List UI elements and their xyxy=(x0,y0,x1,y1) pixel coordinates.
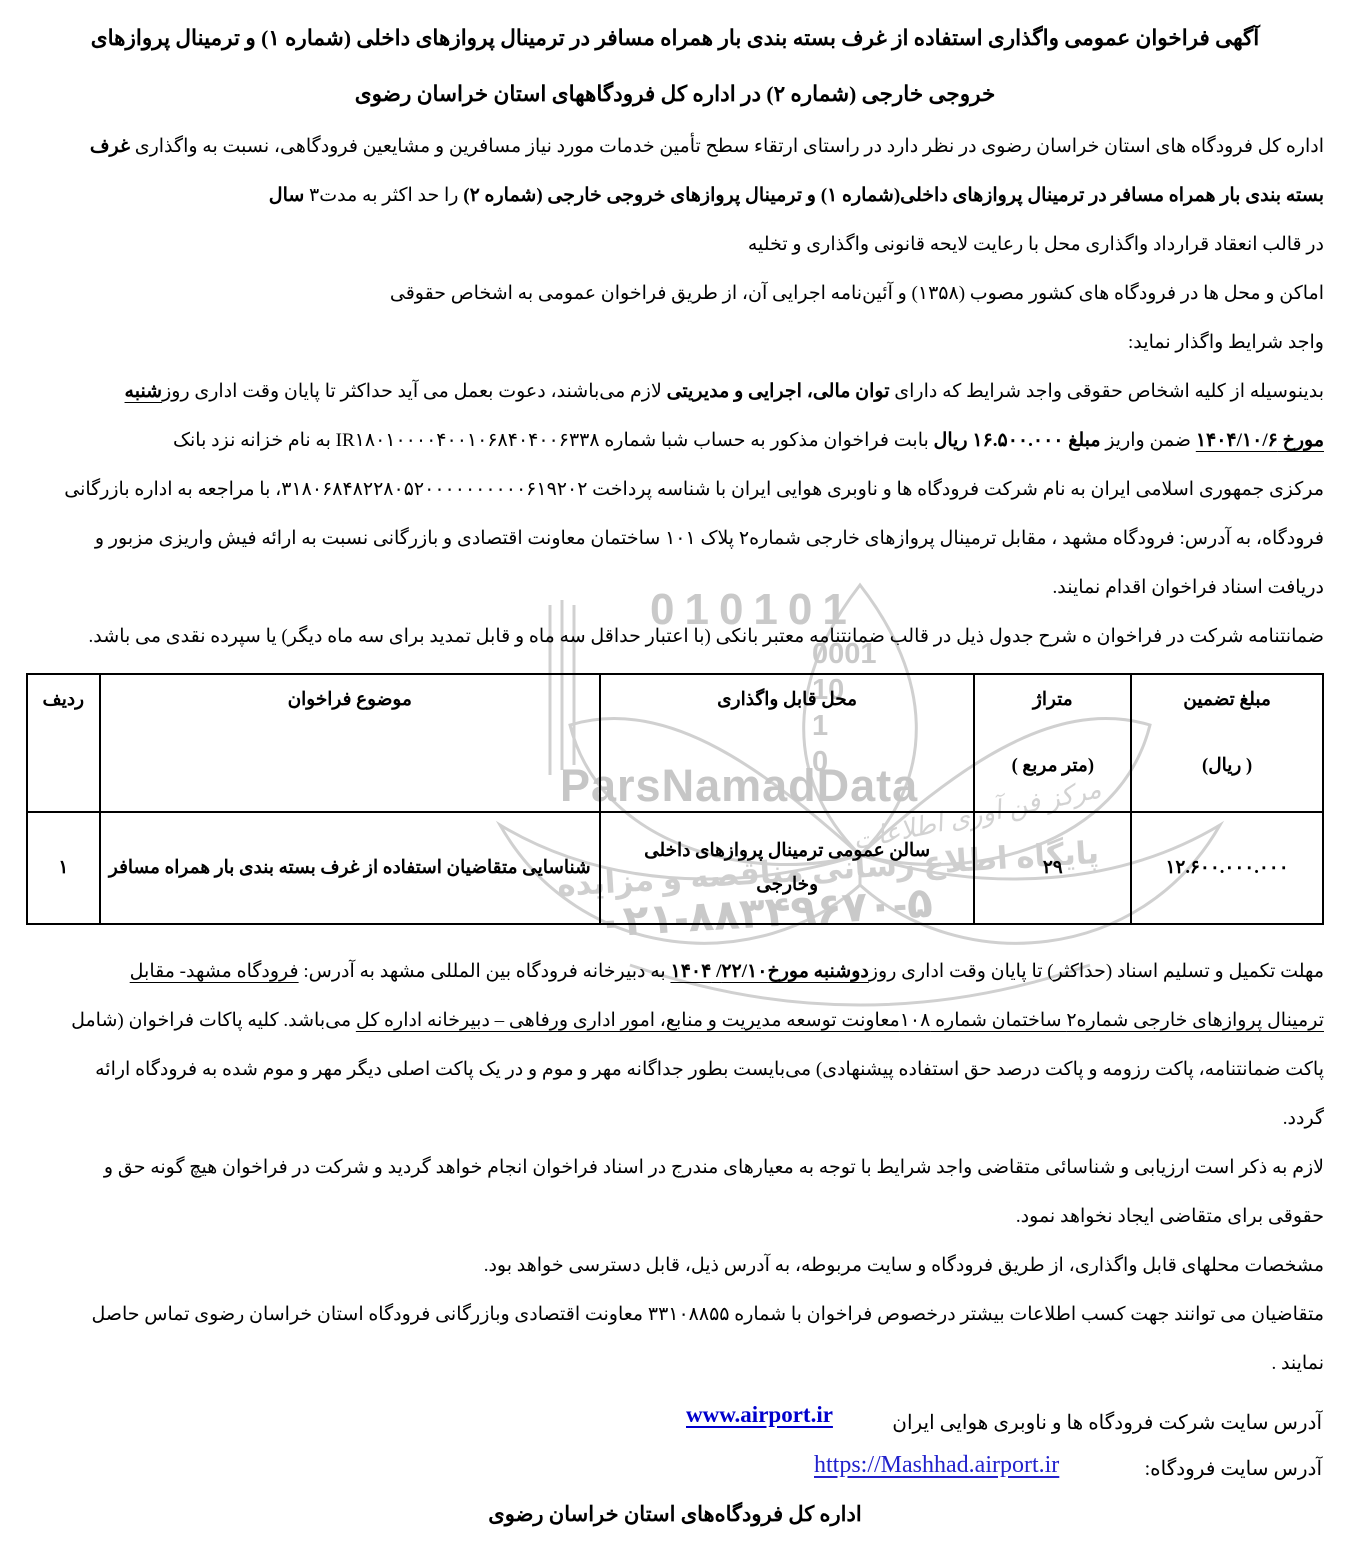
text-segment: گردد. xyxy=(1283,1108,1324,1129)
text-segment: مورخ ۱۴۰۴/۱۰/۶ xyxy=(1196,430,1324,451)
text-line: بسته بندی بار همراه مسافر در ترمینال پرو… xyxy=(26,171,1324,220)
text-segment: فرودگاه مشهد- مقابل xyxy=(130,961,299,982)
title-line-2: خروجی خارجی (شماره ۲) در اداره کل فرودگا… xyxy=(26,66,1324,122)
text-segment: بابت فراخوان مذکور به حساب شبا شماره IR۱… xyxy=(173,430,934,451)
text-segment: حقوقی برای متقاضی ایجاد نخواهد نمود. xyxy=(1016,1206,1324,1227)
text-segment: می‌باشد. کلیه پاکات فراخوان (شامل xyxy=(71,1010,356,1031)
text-line: حقوقی برای متقاضی ایجاد نخواهد نمود. xyxy=(26,1192,1324,1241)
header-area-line2: (متر مربع ) xyxy=(975,755,1130,777)
text-segment: ضمانتنامه شرکت در فراخوان ه شرح جدول ذیل… xyxy=(89,626,1324,647)
text-line: لازم به ذکر است ارزیابی و شناسائی متقاضی… xyxy=(26,1143,1324,1192)
header-area: متراژ (متر مربع ) xyxy=(974,674,1131,812)
footer-row-company-site: آدرس سایت شرکت فرودگاه ها و ناوبری هوایی… xyxy=(26,1398,1324,1444)
header-subject: موضوع فراخوان xyxy=(100,674,600,812)
text-segment: مشخصات محلهای قابل واگذاری، از طریق فرود… xyxy=(484,1255,1324,1276)
text-segment: پاکت ضمانتنامه، پاکت رزومه و پاکت درصد ح… xyxy=(95,1059,1324,1080)
footer-row-airport-site: آدرس سایت فرودگاه: https://Mashhad.airpo… xyxy=(26,1444,1324,1492)
text-segment: را حد اکثر به مدت۳ xyxy=(304,185,463,206)
header-row-number: ردیف xyxy=(27,674,100,812)
text-line: اماکن و محل ها در فرودگاه های کشور مصوب … xyxy=(26,269,1324,318)
text-segment: فرودگاه، به آدرس: فرودگاه مشهد ، مقابل ت… xyxy=(95,528,1324,549)
header-guarantee: مبلغ تضمین ( ریال) xyxy=(1131,674,1323,812)
cell-area: ۲۹ xyxy=(974,812,1131,924)
cell-subject: شناسایی متقاضیان استفاده از غرف بسته بند… xyxy=(100,812,600,924)
header-guarantee-line1: مبلغ تضمین xyxy=(1183,690,1271,710)
text-segment: مرکزی جمهوری اسلامی ایران به نام شرکت فر… xyxy=(64,479,1324,500)
header-area-line1: متراژ xyxy=(1033,690,1073,710)
text-segment: دریافت اسناد فراخوان اقدام نمایند. xyxy=(1053,577,1324,598)
company-site-label: آدرس سایت شرکت فرودگاه ها و ناوبری هوایی… xyxy=(892,1410,1322,1435)
cell-location-line2: وخارجی xyxy=(756,875,818,895)
text-line: مهلت تکمیل و تسلیم اسناد (حداکثر) تا پای… xyxy=(26,947,1324,996)
tender-table: مبلغ تضمین ( ریال) متراژ (متر مربع ) محل… xyxy=(26,673,1324,925)
text-segment: نمایند . xyxy=(1271,1353,1324,1374)
text-segment: اداره کل فرودگاه های استان خراسان رضوی د… xyxy=(130,136,1324,157)
text-segment: غرف xyxy=(90,136,130,157)
text-line: مشخصات محلهای قابل واگذاری، از طریق فرود… xyxy=(26,1241,1324,1290)
text-line: مورخ ۱۴۰۴/۱۰/۶ ضمن واریز مبلغ ۱۶.۵۰۰.۰۰۰… xyxy=(26,416,1324,465)
text-segment: به دبیرخانه فرودگاه بین المللی مشهد به آ… xyxy=(299,961,671,982)
table-row: ۱۲.۶۰۰.۰۰۰.۰۰۰ ۲۹ سالن عمومی ترمینال پرو… xyxy=(27,812,1323,924)
text-segment: در قالب انعقاد قرارداد واگذاری محل با رع… xyxy=(748,234,1324,255)
text-segment: دوشنبه مورخ۲۲/۱۰/ ۱۴۰۴ xyxy=(670,961,868,982)
text-line: ضمانتنامه شرکت در فراخوان ه شرح جدول ذیل… xyxy=(26,612,1324,661)
page-title: آگهی فراخوان عمومی واگذاری استفاده از غر… xyxy=(26,10,1324,122)
text-line: واجد شرایط واگذار نماید: xyxy=(26,318,1324,367)
terms-paragraphs: مهلت تکمیل و تسلیم اسناد (حداکثر) تا پای… xyxy=(26,947,1324,1388)
text-line: مرکزی جمهوری اسلامی ایران به نام شرکت فر… xyxy=(26,465,1324,514)
text-line: در قالب انعقاد قرارداد واگذاری محل با رع… xyxy=(26,220,1324,269)
text-segment: توان مالی، اجرایی و مدیریتی xyxy=(667,381,890,402)
text-segment: لازم به ذکر است ارزیابی و شناسائی متقاضی… xyxy=(104,1157,1324,1178)
header-guarantee-line2: ( ریال) xyxy=(1132,755,1322,777)
text-segment: ترمینال پروازهای خارجی شماره۲ ساختمان شم… xyxy=(356,1010,1324,1031)
text-segment: بسته بندی بار همراه مسافر در ترمینال پرو… xyxy=(463,185,1324,206)
signature: اداره کل فرودگاه‌های استان خراسان رضوی xyxy=(26,1502,1324,1541)
airport-site-label: آدرس سایت فرودگاه: xyxy=(1145,1456,1322,1481)
text-segment: متقاضیان می توانند جهت کسب اطلاعات بیشتر… xyxy=(91,1304,1324,1325)
text-line: نمایند . xyxy=(26,1339,1324,1388)
footer: آدرس سایت شرکت فرودگاه ها و ناوبری هوایی… xyxy=(26,1398,1324,1541)
company-site-link[interactable]: www.airport.ir xyxy=(686,1402,833,1428)
text-line: پاکت ضمانتنامه، پاکت رزومه و پاکت درصد ح… xyxy=(26,1045,1324,1094)
text-line: ترمینال پروازهای خارجی شماره۲ ساختمان شم… xyxy=(26,996,1324,1045)
table-header-row: مبلغ تضمین ( ریال) متراژ (متر مربع ) محل… xyxy=(27,674,1323,812)
text-segment: شنبه xyxy=(125,381,163,402)
text-line: اداره کل فرودگاه های استان خراسان رضوی د… xyxy=(26,122,1324,171)
text-line: دریافت اسناد فراخوان اقدام نمایند. xyxy=(26,563,1324,612)
text-line: بدینوسیله از کلیه اشخاص حقوقی واجد شرایط… xyxy=(26,367,1324,416)
intro-paragraphs: اداره کل فرودگاه های استان خراسان رضوی د… xyxy=(26,122,1324,661)
text-segment: واجد شرایط واگذار نماید: xyxy=(1128,332,1324,353)
cell-location-line1: سالن عمومی ترمینال پروازهای داخلی xyxy=(644,841,930,861)
title-line-1: آگهی فراخوان عمومی واگذاری استفاده از غر… xyxy=(26,10,1324,66)
page-content: آگهی فراخوان عمومی واگذاری استفاده از غر… xyxy=(0,0,1350,1541)
text-segment: اماکن و محل ها در فرودگاه های کشور مصوب … xyxy=(390,283,1324,304)
text-segment: مبلغ ۱۶.۵۰۰.۰۰۰ ریال xyxy=(934,430,1101,451)
tender-document: { "page": { "background": "#ffffff", "te… xyxy=(0,0,1350,1541)
text-line: گردد. xyxy=(26,1094,1324,1143)
text-line: فرودگاه، به آدرس: فرودگاه مشهد ، مقابل ت… xyxy=(26,514,1324,563)
text-segment: لازم می‌باشند، دعوت بعمل می آید حداکثر ت… xyxy=(162,381,666,402)
text-segment: سال xyxy=(269,185,305,206)
text-line: متقاضیان می توانند جهت کسب اطلاعات بیشتر… xyxy=(26,1290,1324,1339)
text-segment: مهلت تکمیل و تسلیم اسناد (حداکثر) تا پای… xyxy=(869,961,1324,982)
text-segment: بدینوسیله از کلیه اشخاص حقوقی واجد شرایط… xyxy=(890,381,1324,402)
text-segment: ضمن واریز xyxy=(1101,430,1196,451)
cell-location: سالن عمومی ترمینال پروازهای داخلی وخارجی xyxy=(600,812,975,924)
header-location: محل قابل واگذاری xyxy=(600,674,975,812)
airport-site-link[interactable]: https://Mashhad.airport.ir xyxy=(814,1452,1059,1479)
cell-row-number: ۱ xyxy=(27,812,100,924)
cell-guarantee-amount: ۱۲.۶۰۰.۰۰۰.۰۰۰ xyxy=(1131,812,1323,924)
